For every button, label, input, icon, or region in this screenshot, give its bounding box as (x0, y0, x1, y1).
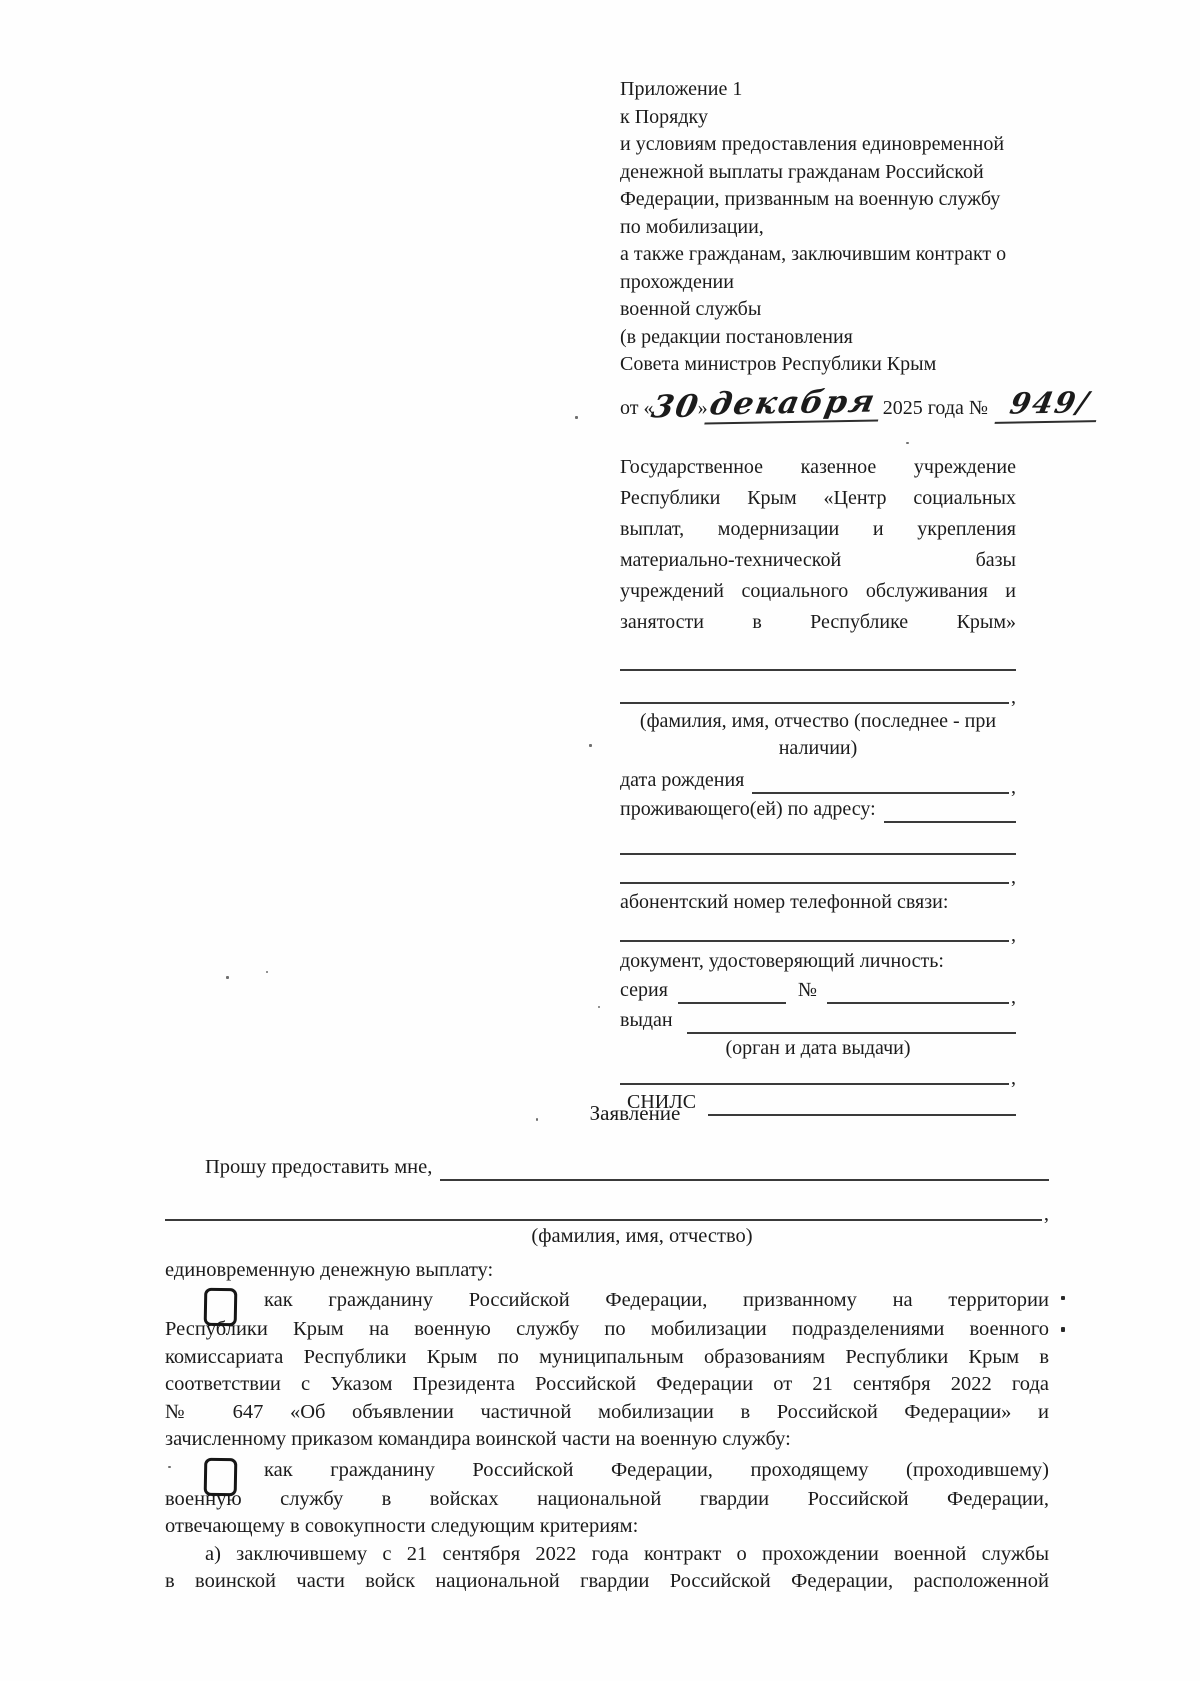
appendix-line: Федерации, призванным на военную службу (620, 186, 1016, 214)
comma: , (1009, 780, 1016, 794)
recipient-institution: Государственное казенное учреждение Респ… (620, 452, 1016, 638)
scan-speck (226, 976, 229, 979)
option-line: соответствии с Указом Президента Российс… (165, 1371, 1049, 1399)
appendix-line: к Порядку (620, 104, 1016, 132)
fio-blank-line-1[interactable] (620, 655, 1016, 671)
appendix-line: (в редакции постановления (620, 324, 1016, 352)
option-line: № 647 «Об объявлении частичной мобилизац… (165, 1399, 1049, 1427)
recipient-line: занятости в Республике Крым» (620, 607, 1016, 638)
appendix-line: по мобилизации, (620, 214, 1016, 242)
criteria-item-a-line: в воинской части войск национальной гвар… (165, 1568, 1049, 1596)
appendix-line: денежной выплаты гражданам Российской (620, 159, 1016, 187)
recipient-line: Республики Крым «Центр социальных (620, 483, 1016, 514)
appendix-line: прохождении (620, 269, 1016, 297)
applicant-fields: , (фамилия, имя, отчество (последнее - п… (620, 655, 1016, 1116)
option-line: как гражданину Российской Федерации, при… (264, 1287, 1049, 1315)
scanned-application-form: Приложение 1 к Порядку и условиям предос… (0, 0, 1200, 1681)
appendix-line: Совета министров Республики Крым (620, 351, 1016, 379)
recipient-line: Государственное казенное учреждение (620, 452, 1016, 483)
appendix-line: и условиям предоставления единовременной (620, 131, 1016, 159)
scan-speck (1061, 1296, 1065, 1300)
series-blank[interactable] (678, 988, 786, 1004)
issue-organ-caption: (орган и дата выдачи) (620, 1035, 1016, 1062)
body-fio-caption: (фамилия, имя, отчество) (165, 1223, 1049, 1251)
appendix-line: Приложение 1 (620, 76, 1016, 104)
issued-label: выдан (620, 1007, 673, 1034)
scan-speck (589, 744, 592, 747)
application-body: Заявление Прошу предоставить мне, , (фам… (165, 1100, 1049, 1596)
date-year-text: 2025 года № (883, 395, 988, 423)
payment-label: единовременную денежную выплату: (165, 1257, 1049, 1285)
date-prefix: от « (620, 395, 653, 423)
appendix-header: Приложение 1 к Порядку и условиям предос… (620, 76, 1016, 423)
doc-number-blank[interactable] (827, 988, 1009, 1004)
address-blank-1[interactable] (884, 807, 1016, 823)
number-sign: № (798, 977, 817, 1004)
criteria-item-a-line: а) заключившему с 21 сентября 2022 года … (165, 1541, 1049, 1569)
fio-caption: (фамилия, имя, отчество (последнее - при… (620, 708, 1016, 762)
scan-speck (575, 416, 578, 419)
phone-blank[interactable] (620, 926, 1009, 942)
appendix-line: военной службы (620, 296, 1016, 324)
extra-blank-line[interactable] (620, 1069, 1009, 1085)
handwritten-day: 30 (649, 391, 702, 423)
scan-speck (906, 442, 909, 444)
address-blank-3[interactable] (620, 868, 1009, 884)
scan-speck (536, 1118, 538, 1121)
option-line: военную службу в войсках национальной гв… (165, 1486, 1049, 1514)
option-mobilized-row: как гражданину Российской Федерации, при… (165, 1287, 1049, 1316)
decree-date-line: от «30»декабря2025 года №949/ (620, 383, 1016, 423)
appendix-line: а также гражданам, заключившим контракт … (620, 241, 1016, 269)
scan-speck (1061, 1327, 1065, 1332)
birth-date-blank[interactable] (752, 778, 1009, 794)
recipient-line: учреждений социального обслуживания и (620, 576, 1016, 607)
birth-date-label: дата рождения (620, 767, 744, 794)
comma: , (1042, 1207, 1049, 1221)
option-mobilized-checkbox[interactable] (204, 1288, 238, 1327)
address-label: проживающего(ей) по адресу: (620, 796, 876, 823)
option-line: комиссариата Республики Крым по муниципа… (165, 1344, 1049, 1372)
option-line: зачисленному приказом командира воинской… (165, 1426, 1049, 1454)
scan-speck (168, 1466, 171, 1468)
series-label: серия (620, 977, 668, 1004)
identity-doc-label: документ, удостоверяющий личность: (620, 948, 1016, 975)
address-blank-2[interactable] (620, 839, 1016, 855)
fio-blank-line-2[interactable] (620, 688, 1009, 704)
request-fio-blank-2[interactable] (165, 1205, 1042, 1221)
comma: , (1009, 690, 1016, 704)
option-natguard-checkbox[interactable] (204, 1457, 238, 1496)
application-title: Заявление (165, 1100, 1049, 1128)
comma: , (1009, 990, 1016, 1004)
handwritten-decree-number: 949/ (994, 388, 1102, 424)
comma: , (1009, 928, 1016, 942)
comma: , (1009, 1071, 1016, 1085)
handwritten-month: декабря (704, 386, 885, 424)
phone-label: абонентский номер телефонной связи: (620, 889, 1016, 916)
scan-speck (598, 1006, 600, 1008)
option-line: Республики Крым на военную службу по моб… (165, 1316, 1049, 1344)
option-line: как гражданину Российской Федерации, про… (264, 1457, 1049, 1485)
option-line: отвечающему в совокупности следующим кри… (165, 1513, 1049, 1541)
request-label: Прошу предоставить мне, (205, 1154, 432, 1182)
request-fio-blank-1[interactable] (440, 1165, 1049, 1181)
issued-by-blank[interactable] (687, 1018, 1016, 1034)
recipient-line: выплат, модернизации и укрепления (620, 514, 1016, 545)
scan-speck (266, 971, 268, 973)
recipient-line: материально-технической базы (620, 545, 1016, 576)
comma: , (1009, 870, 1016, 884)
option-natguard-row: как гражданину Российской Федерации, про… (165, 1457, 1049, 1486)
